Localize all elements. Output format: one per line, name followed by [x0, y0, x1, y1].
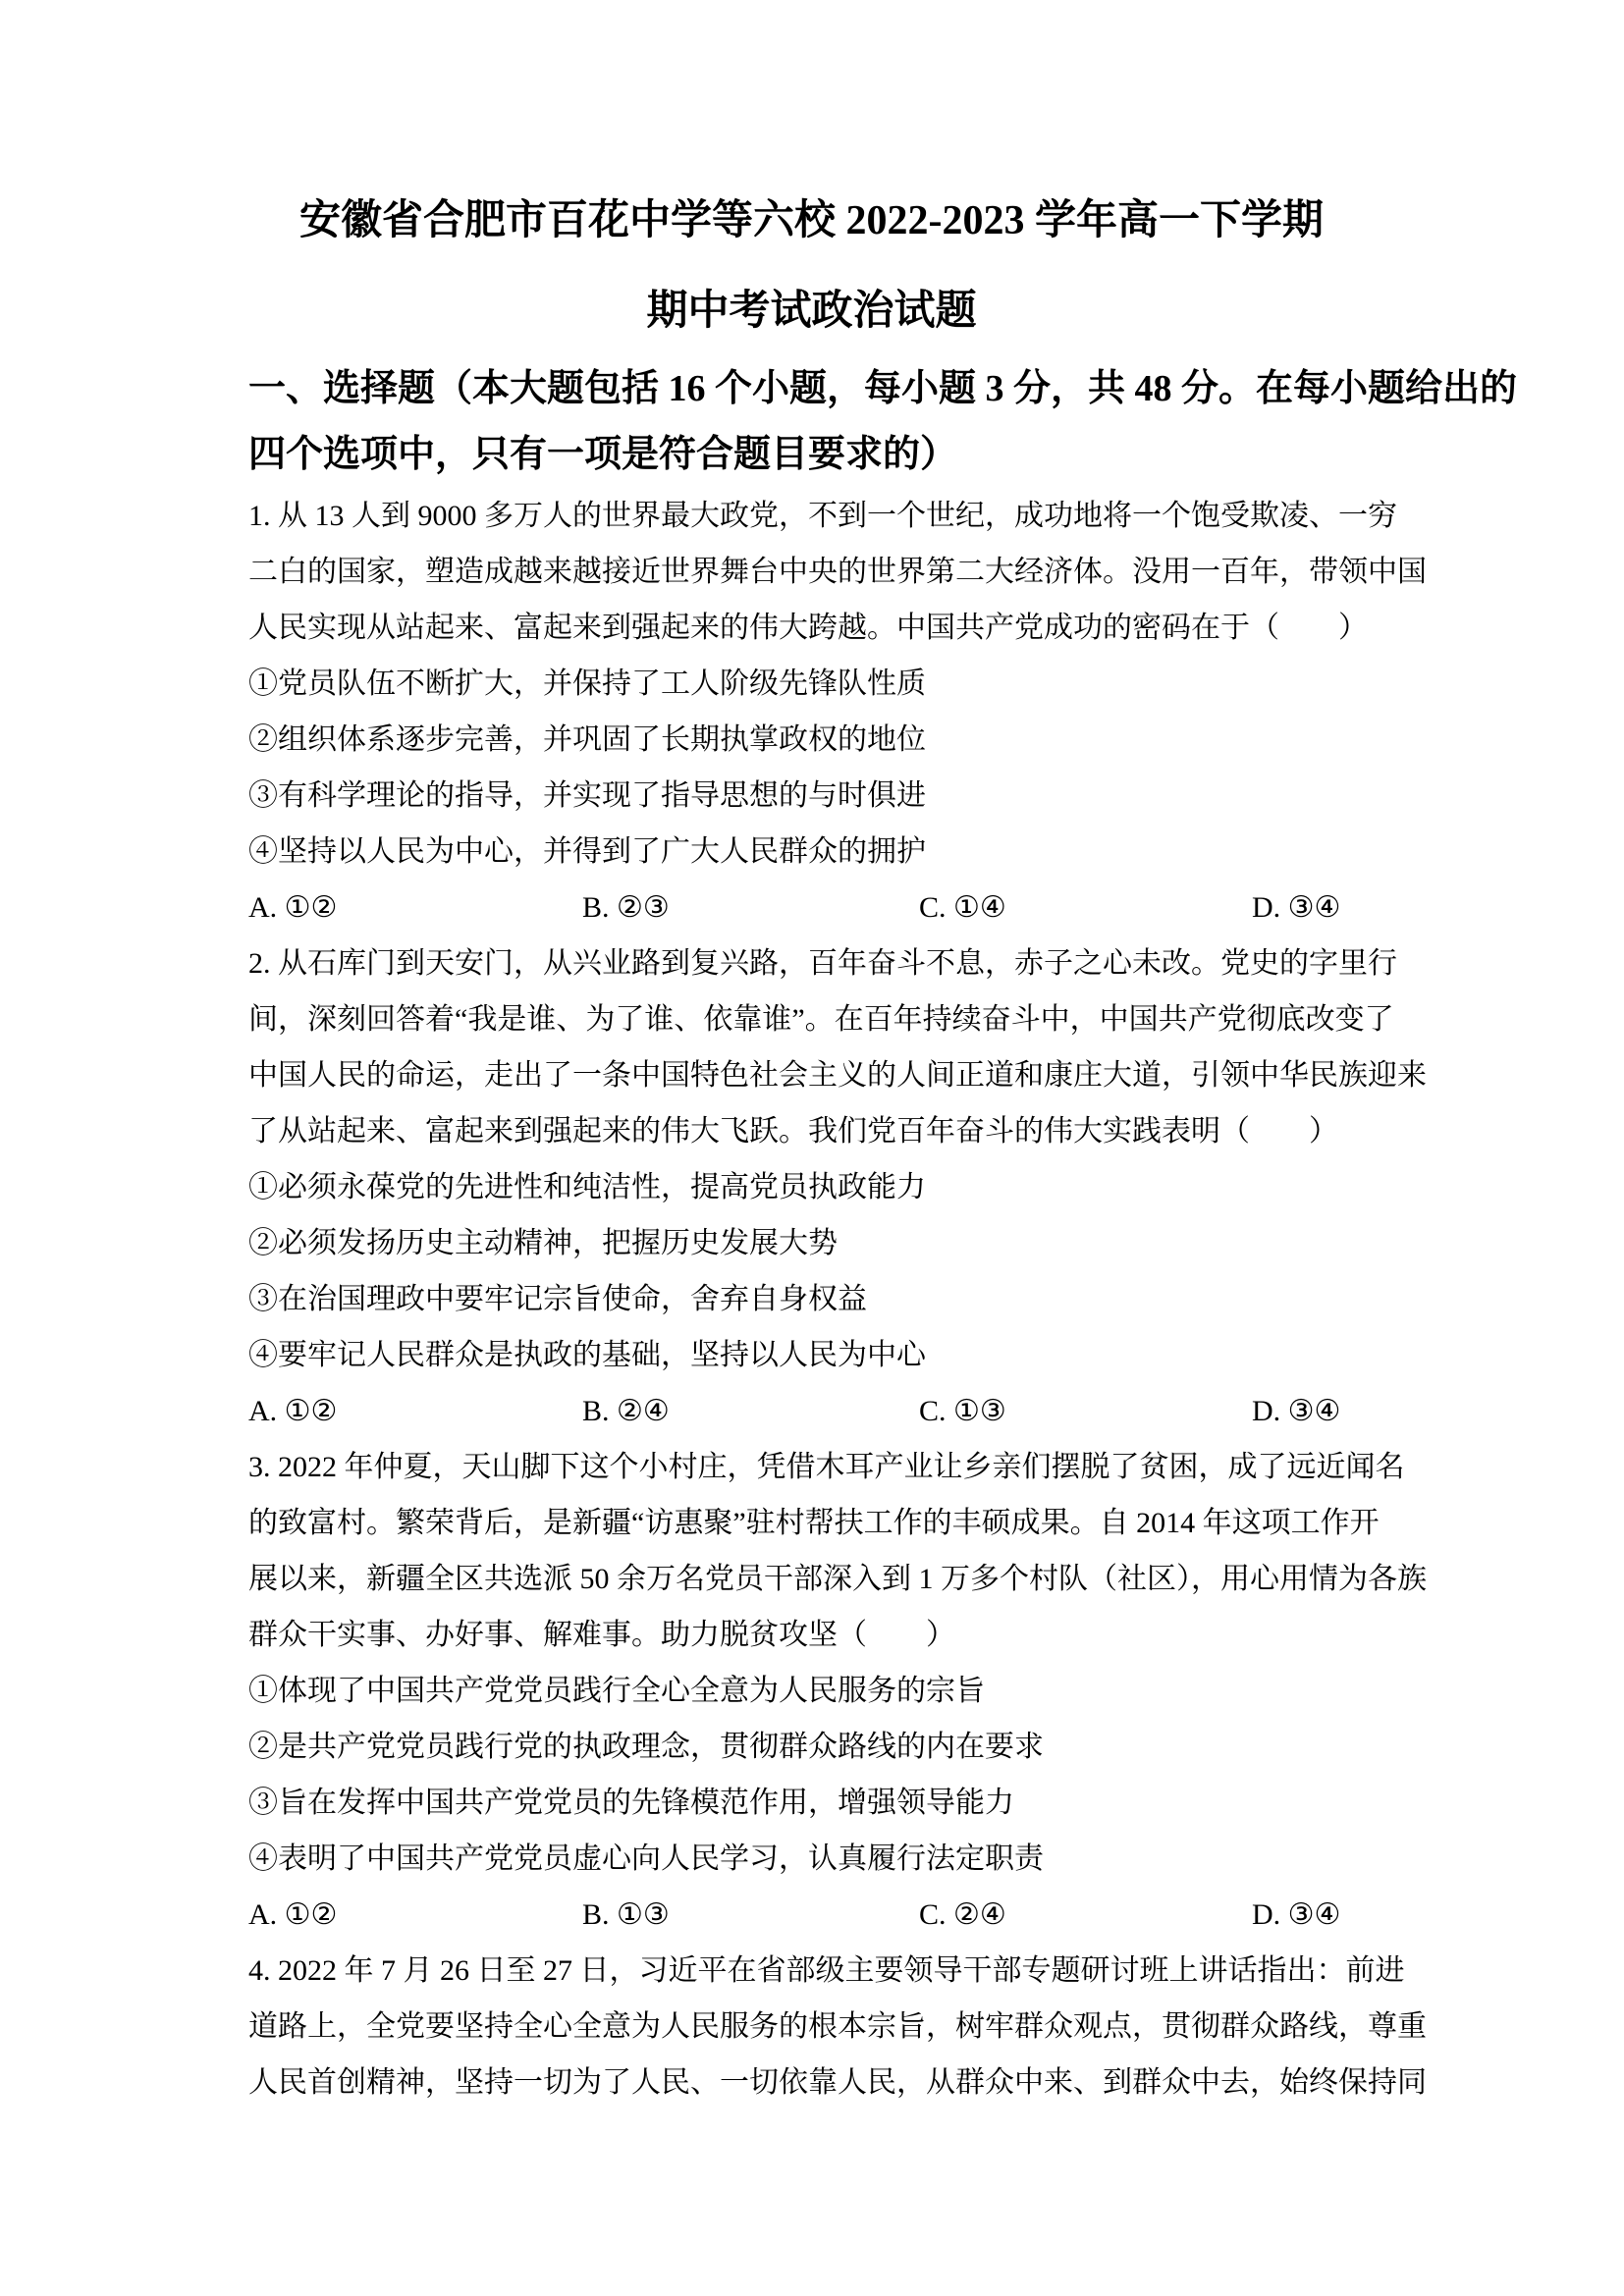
question-2: 2. 从石库门到天安门，从兴业路到复兴路，百年奋斗不息，赤子之心未改。党史的字里…: [248, 935, 1375, 1439]
q3-item-1: ①体现了中国共产党党员践行全心全意为人民服务的宗旨: [248, 1663, 1375, 1719]
q1-stem-line-3: 人民实现从站起来、富起来到强起来的伟大跨越。中国共产党成功的密码在于（ ）: [248, 600, 1375, 656]
question-3: 3. 2022 年仲夏，天山脚下这个小村庄，凭借木耳产业让乡亲们摆脱了贫困，成了…: [248, 1439, 1375, 1943]
q2-option-d: D. ③④: [1252, 1383, 1375, 1439]
q1-stem-line-2: 二白的国家，塑造成越来越接近世界舞台中央的世界第二大经济体。没用一百年，带领中国: [248, 544, 1375, 600]
page-content: 安徽省合肥市百花中学等六校 2022-2023 学年高一下学期 期中考试政治试题…: [248, 0, 1375, 2110]
q2-option-b: B. ②④: [582, 1383, 919, 1439]
q4-stem-line-3: 人民首创精神，坚持一切为了人民、一切依靠人民，从群众中来、到群众中去，始终保持同: [248, 2055, 1375, 2110]
question-4: 4. 2022 年 7 月 26 日至 27 日，习近平在省部级主要领导干部专题…: [248, 1943, 1375, 2110]
q2-item-1: ①必须永葆党的先进性和纯洁性，提高党员执政能力: [248, 1159, 1375, 1215]
q2-options-row: A. ①② B. ②④ C. ①③ D. ③④: [248, 1383, 1375, 1439]
q2-stem-line-2: 间，深刻回答着“我是谁、为了谁、依靠谁”。在百年持续奋斗中，中国共产党彻底改变了: [248, 991, 1375, 1047]
q1-option-d: D. ③④: [1252, 880, 1375, 935]
q3-stem-line-4: 群众干实事、办好事、解难事。助力脱贫攻坚（ ）: [248, 1607, 1375, 1663]
exam-title-line-2: 期中考试政治试题: [248, 266, 1375, 356]
q3-option-c: C. ②④: [919, 1887, 1252, 1943]
q2-item-3: ③在治国理政中要牢记宗旨使命，舍弃自身权益: [248, 1271, 1375, 1327]
q1-stem-line-1: 1. 从 13 人到 9000 多万人的世界最大政党，不到一个世纪，成功地将一个…: [248, 488, 1375, 544]
q3-item-2: ②是共产党党员践行党的执政理念，贯彻群众路线的内在要求: [248, 1719, 1375, 1775]
q3-stem-line-3: 展以来，新疆全区共选派 50 余万名党员干部深入到 1 万多个村队（社区），用心…: [248, 1551, 1375, 1607]
q3-options-row: A. ①② B. ①③ C. ②④ D. ③④: [248, 1887, 1375, 1943]
q3-stem-line-2: 的致富村。繁荣背后，是新疆“访惠聚”驻村帮扶工作的丰硕成果。自 2014 年这项…: [248, 1495, 1375, 1551]
section-heading-line-1: 一、选择题（本大题包括 16 个小题，每小题 3 分，共 48 分。在每小题给出…: [248, 356, 1375, 422]
q2-item-2: ②必须发扬历史主动精神，把握历史发展大势: [248, 1215, 1375, 1271]
q1-option-a: A. ①②: [248, 880, 582, 935]
question-1: 1. 从 13 人到 9000 多万人的世界最大政党，不到一个世纪，成功地将一个…: [248, 488, 1375, 935]
q2-stem-line-4: 了从站起来、富起来到强起来的伟大飞跃。我们党百年奋斗的伟大实践表明（ ）: [248, 1103, 1375, 1159]
section-heading-line-2: 四个选项中，只有一项是符合题目要求的）: [248, 422, 1375, 488]
q2-option-c: C. ①③: [919, 1383, 1252, 1439]
q1-options-row: A. ①② B. ②③ C. ①④ D. ③④: [248, 880, 1375, 935]
q1-item-4: ④坚持以人民为中心，并得到了广大人民群众的拥护: [248, 824, 1375, 880]
q2-stem-line-3: 中国人民的命运，走出了一条中国特色社会主义的人间正道和康庄大道，引领中华民族迎来: [248, 1047, 1375, 1103]
q2-option-a: A. ①②: [248, 1383, 582, 1439]
q3-option-d: D. ③④: [1252, 1887, 1375, 1943]
q3-item-4: ④表明了中国共产党党员虚心向人民学习，认真履行法定职责: [248, 1831, 1375, 1887]
q3-item-3: ③旨在发挥中国共产党党员的先锋模范作用，增强领导能力: [248, 1775, 1375, 1831]
q3-option-a: A. ①②: [248, 1887, 582, 1943]
q3-option-b: B. ①③: [582, 1887, 919, 1943]
q3-stem-line-1: 3. 2022 年仲夏，天山脚下这个小村庄，凭借木耳产业让乡亲们摆脱了贫困，成了…: [248, 1439, 1375, 1495]
q2-stem-line-1: 2. 从石库门到天安门，从兴业路到复兴路，百年奋斗不息，赤子之心未改。党史的字里…: [248, 935, 1375, 991]
q1-item-2: ②组织体系逐步完善，并巩固了长期执掌政权的地位: [248, 712, 1375, 768]
q1-item-3: ③有科学理论的指导，并实现了指导思想的与时俱进: [248, 768, 1375, 824]
q1-option-c: C. ①④: [919, 880, 1252, 935]
exam-title-line-1: 安徽省合肥市百花中学等六校 2022-2023 学年高一下学期: [248, 176, 1375, 266]
q4-stem-line-2: 道路上，全党要坚持全心全意为人民服务的根本宗旨，树牢群众观点，贯彻群众路线，尊重: [248, 1999, 1375, 2055]
q4-stem-line-1: 4. 2022 年 7 月 26 日至 27 日，习近平在省部级主要领导干部专题…: [248, 1943, 1375, 1999]
q1-option-b: B. ②③: [582, 880, 919, 935]
exam-page: 安徽省合肥市百花中学等六校 2022-2023 学年高一下学期 期中考试政治试题…: [0, 0, 1624, 2296]
q1-item-1: ①党员队伍不断扩大，并保持了工人阶级先锋队性质: [248, 656, 1375, 712]
q2-item-4: ④要牢记人民群众是执政的基础，坚持以人民为中心: [248, 1327, 1375, 1383]
